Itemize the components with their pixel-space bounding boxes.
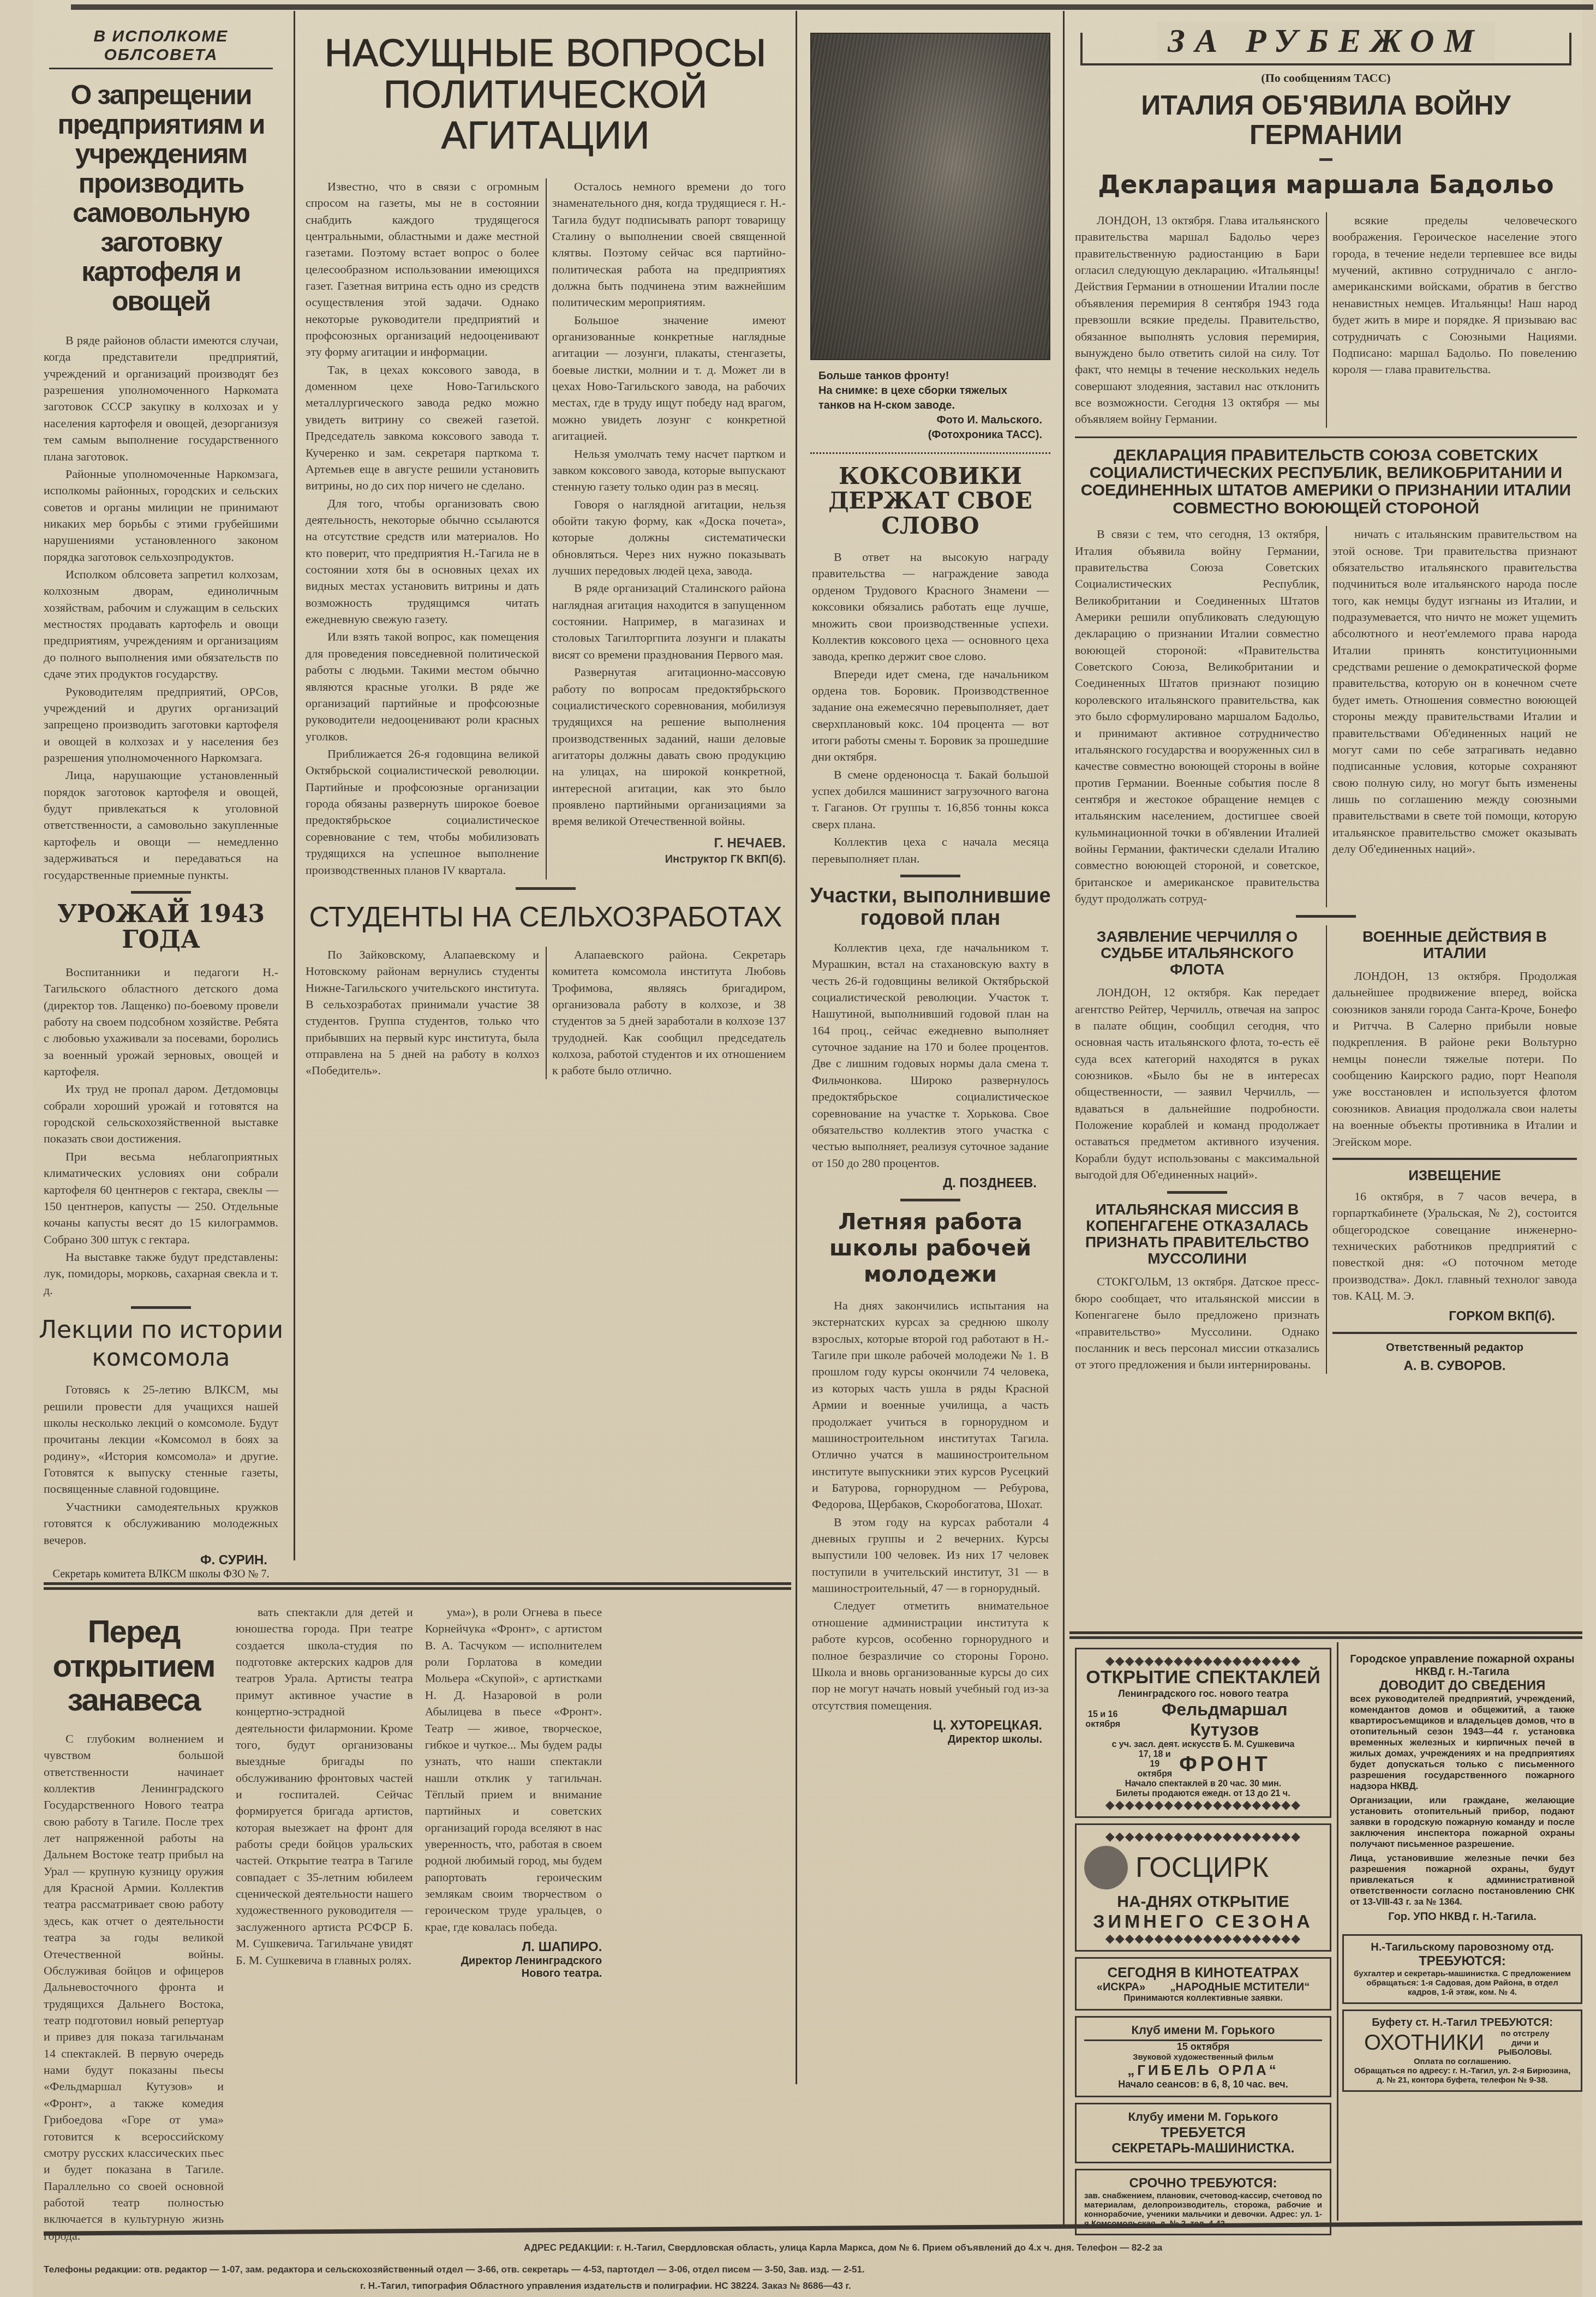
divider bbox=[900, 875, 960, 877]
column-factory: Больше танков фронту! На снимке: в цехе … bbox=[802, 11, 1059, 1746]
ad-club-jobs-line2: ТРЕБУЕТСЯ bbox=[1084, 2124, 1322, 2141]
ad-cinema-title: СЕГОДНЯ В КИНОТЕАТРАХ bbox=[1084, 1964, 1322, 1981]
ad-club: Клуб имени М. Горького 15 октября Звуков… bbox=[1075, 2016, 1331, 2097]
column-rule bbox=[1063, 11, 1065, 2226]
declaration-left: В связи с тем, что сегодня, 13 октября, … bbox=[1075, 526, 1319, 907]
ornament-border: ◆◆◆◆◆◆◆◆◆◆◆◆◆◆◆◆◆◆◆◆ bbox=[1084, 1655, 1322, 1667]
column-left: В ИСПОЛКОМЕ ОБЛСОВЕТА О запрещении предп… bbox=[33, 11, 289, 1581]
byline-pozdneev: Д. ПОЗДНЕЕВ. bbox=[802, 1176, 1059, 1191]
paragraph: Готовясь к 25-летию ВЛКСМ, мы решили про… bbox=[44, 1381, 278, 1498]
ad-buffet-address: Обращаться по адресу: г. Н.-Тагил, ул. 2… bbox=[1352, 2066, 1573, 2085]
divider bbox=[516, 887, 576, 890]
headline-mission: ИТАЛЬЯНСКАЯ МИССИЯ В КОПЕНГАГЕНЕ ОТКАЗАЛ… bbox=[1075, 1201, 1319, 1267]
headline-coke-workers: КОКСОВИКИ ДЕРЖАТ СВОЕ СЛОВО bbox=[808, 464, 1053, 538]
paragraph: Нельзя умолчать тему насчет партком и за… bbox=[552, 446, 786, 495]
agitation-left-column: Известно, что в связи с огромным спросом… bbox=[306, 178, 539, 880]
byline-surin-title: Секретарь комитета ВЛКСМ школы ФЗО № 7. bbox=[33, 1568, 289, 1581]
divider bbox=[1075, 436, 1577, 438]
ad-club-jobs-line3: СЕКРЕТАРЬ-МАШИНИСТКА. bbox=[1084, 2141, 1322, 2156]
paragraph: Большое значение имеют организованные ко… bbox=[552, 312, 786, 445]
ornament-border: ◆◆◆◆◆◆◆◆◆◆◆◆◆◆◆◆◆◆◆◆ bbox=[1084, 1799, 1322, 1811]
ad-note: с уч. засл. деят. искусств Б. М. Сушкеви… bbox=[1084, 1740, 1322, 1750]
ad-railway-line2: ТРЕБУЮТСЯ: bbox=[1352, 1954, 1573, 1969]
paragraph: Или взять такой вопрос, как помещения дл… bbox=[306, 629, 539, 745]
ad-circus: ◆◆◆◆◆◆◆◆◆◆◆◆◆◆◆◆◆◆◆◆ ГОСЦИРК НА-ДНЯХ ОТК… bbox=[1075, 1823, 1331, 1952]
ad-club-times: Начало сеансов: в 6, 8, 10 час. веч. bbox=[1084, 2079, 1322, 2090]
editor-name: А. В. СУВОРОВ. bbox=[1332, 1359, 1577, 1374]
byline-shapiro-title: Директор Ленинградского Нового театра. bbox=[425, 1955, 602, 1980]
headline-churchill: ЗАЯВЛЕНИЕ ЧЕРЧИЛЛЯ О СУДЬБЕ ИТАЛЬЯНСКОГО… bbox=[1075, 929, 1319, 978]
divider bbox=[1332, 1158, 1577, 1160]
paragraph: Участники самодеятельных кружков готовят… bbox=[44, 1499, 278, 1548]
divider bbox=[131, 891, 191, 894]
tass-source: (По сообщениям ТАСС) bbox=[1069, 71, 1582, 85]
paragraph: При весьма неблагоприятных климатических… bbox=[44, 1148, 278, 1248]
caption-text: На снимке: в цехе сборки тяжелых танков … bbox=[818, 384, 1042, 413]
caption-title: Больше танков фронту! bbox=[818, 369, 1042, 384]
ad-buffet-fishers: по отстрелу дичи и РЫБОЛОВЫ. bbox=[1490, 2029, 1561, 2057]
headline-declaration: ДЕКЛАРАЦИЯ ПРАВИТЕЛЬСТВ СОЮЗА СОВЕТСКИХ … bbox=[1075, 447, 1577, 518]
theatre-section: Перед открытием занавеса С глубоким волн… bbox=[44, 1604, 791, 2244]
paragraph: Впереди идет смена, где начальником орде… bbox=[812, 666, 1049, 765]
paragraph: Следует отметить внимательное отношение … bbox=[812, 1598, 1049, 1714]
headline-komsomol-lectures: Лекции по истории комсомола bbox=[38, 1317, 284, 1372]
headline-summer-school: Летняя работа школы рабочей молодежи bbox=[808, 1209, 1053, 1288]
ad-cinema-name: «ИСКРА» bbox=[1097, 1981, 1145, 1994]
ad-railway-line1: Н.-Тагильскому паровозному отд. bbox=[1352, 1941, 1573, 1954]
ad-fire-text1: всех руководителей предприятий, учрежден… bbox=[1350, 1694, 1575, 1792]
rubric-frame: ЗА РУБЕЖОМ bbox=[1080, 33, 1571, 65]
students-col-1: По Зайковскому, Алапаевскому и Нотовском… bbox=[306, 947, 539, 1079]
ad-fire-title: ДОВОДИТ ДО СВЕДЕНИЯ bbox=[1350, 1678, 1575, 1694]
ad-urgent-title: СРОЧНО ТРЕБУЮТСЯ: bbox=[1084, 2176, 1322, 2191]
section-divider bbox=[44, 1582, 791, 1590]
divider bbox=[900, 1199, 960, 1201]
paragraph: Исполком облсовета запретил колхозам, ко… bbox=[44, 566, 278, 683]
ads-divider bbox=[1069, 1631, 1582, 1639]
column-rule bbox=[1337, 1642, 1338, 2221]
paragraph: Говоря о наглядной агитации, нельзя обой… bbox=[552, 497, 786, 579]
paragraph: На выставке также будут представлены: лу… bbox=[44, 1249, 278, 1299]
headline-theatre: Перед открытием занавеса bbox=[44, 1615, 224, 1718]
paragraph: В ряде организаций Сталинского района на… bbox=[552, 580, 786, 663]
paragraph: Лица, нарушающие установленный порядок з… bbox=[44, 767, 278, 883]
ad-date-2: 17, 18 и 19 октября bbox=[1135, 1750, 1174, 1779]
paragraph: В ряде районов области имеются случаи, к… bbox=[44, 332, 278, 465]
notice-signature: ГОРКОМ ВКП(б). bbox=[1332, 1309, 1577, 1324]
newspaper-page: В ИСПОЛКОМЕ ОБЛСОВЕТА О запрещении предп… bbox=[33, 0, 1582, 2297]
headline-harvest: УРОЖАЙ 1943 ГОДА bbox=[38, 901, 284, 953]
column-rule bbox=[294, 11, 295, 1560]
ad-circus-title: ГОСЦИРК bbox=[1135, 1851, 1269, 1884]
ad-start-time: Начало спектаклей в 20 час. 30 мин. bbox=[1084, 1779, 1322, 1789]
ad-cinema-note: Принимаются коллективные заявки. bbox=[1084, 1994, 1322, 2003]
theatre-col-3: ума»), в роли Огнева в пьесе Корнейчука … bbox=[425, 1604, 602, 1935]
paragraph: В смене орденоносца т. Бакай большой усп… bbox=[812, 767, 1049, 833]
footer-phones: Телефоны редакции: отв. редактор — 1-07,… bbox=[44, 2264, 865, 2275]
headline-agitation: НАСУЩНЫЕ ВОПРОСЫ ПОЛИТИЧЕСКОЙ АГИТАЦИИ bbox=[311, 33, 780, 157]
ad-fire-text2: Организации, или граждане, желающие уста… bbox=[1350, 1795, 1575, 1850]
editor-label: Ответственный редактор bbox=[1332, 1342, 1577, 1354]
divider bbox=[1332, 1332, 1577, 1334]
ad-railway-text: бухгалтер и секретарь-машинистка. С пред… bbox=[1352, 1969, 1573, 1997]
rubric-ispolkom: В ИСПОЛКОМЕ ОБЛСОВЕТА bbox=[49, 27, 273, 69]
divider bbox=[1319, 158, 1332, 161]
ad-circus-line2: ЗИМНЕГО СЕЗОНА bbox=[1084, 1911, 1322, 1933]
ads-right-column: Городское управление пожарной охраны НКВ… bbox=[1342, 1648, 1582, 2092]
ad-tickets: Билеты продаются ежедн. от 13 до 21 ч. bbox=[1084, 1789, 1322, 1799]
paragraph: Воспитанники и педагоги Н.-Тагильского о… bbox=[44, 964, 278, 1080]
paragraph: Районные уполномоченные Наркомзага, испо… bbox=[44, 466, 278, 565]
divider bbox=[131, 1306, 191, 1309]
article-sections-body: Коллектив цеха, где начальником т. Мураш… bbox=[802, 940, 1059, 1171]
column-agitation: НАСУЩНЫЕ ВОПРОСЫ ПОЛИТИЧЕСКОЙ АГИТАЦИИ И… bbox=[300, 11, 791, 1079]
ad-spectacles: ◆◆◆◆◆◆◆◆◆◆◆◆◆◆◆◆◆◆◆◆ ОТКРЫТИЕ СПЕКТАКЛЕЙ… bbox=[1075, 1648, 1331, 1818]
paragraph: На днях закончились испытания на экстерн… bbox=[812, 1297, 1049, 1513]
ad-play-front: ФРОНТ bbox=[1179, 1753, 1271, 1776]
paragraph: В этом году на курсах работали 4 дневных… bbox=[812, 1514, 1049, 1597]
ad-spectacles-subtitle: Ленинградского гос. нового театра bbox=[1084, 1688, 1322, 1700]
ad-club-jobs-line1: Клубу имени М. Горького bbox=[1084, 2110, 1322, 2124]
paragraph: Руководителям предприятий, ОРСов, учрежд… bbox=[44, 684, 278, 767]
byline-nechaev-title: Инструктор ГК ВКП(б). bbox=[552, 852, 786, 868]
paragraph: Коллектив цеха с начала месяца перевыпол… bbox=[812, 834, 1049, 867]
headline-military: ВОЕННЫЕ ДЕЙСТВИЯ В ИТАЛИИ bbox=[1332, 929, 1577, 961]
paragraph: Осталось немного времени до того знамена… bbox=[552, 178, 786, 311]
churchill-body: ЛОНДОН, 12 октября. Как передает агентст… bbox=[1075, 984, 1319, 1183]
top-border-rule bbox=[71, 4, 1593, 10]
ad-club-date: 15 октября bbox=[1084, 2041, 1322, 2053]
badoglio-left: ЛОНДОН, 13 октября. Глава итальянского п… bbox=[1075, 212, 1319, 428]
divider bbox=[1167, 1191, 1227, 1194]
caption-credit-agency: (Фотохроника ТАСС). bbox=[818, 428, 1042, 442]
paragraph: Коллектив цеха, где начальником т. Мураш… bbox=[812, 940, 1049, 1171]
agitation-right-column: Осталось немного времени до того знамена… bbox=[552, 178, 786, 880]
ornament-border: ◆◆◆◆◆◆◆◆◆◆◆◆◆◆◆◆◆◆◆◆ bbox=[1084, 1831, 1322, 1843]
declaration-right: ничать с итальянским правительством на э… bbox=[1332, 526, 1577, 907]
badoglio-right: всякие пределы человеческого воображения… bbox=[1332, 212, 1577, 428]
byline-khutoretskaya-title: Директор школы. bbox=[802, 1733, 1059, 1746]
wavy-divider bbox=[810, 452, 1050, 454]
article-prohibition-body: В ряде районов области имеются случаи, к… bbox=[33, 332, 289, 883]
ad-cinema-film: „НАРОДНЫЕ МСТИТЕЛИ“ bbox=[1170, 1981, 1310, 1994]
tank-factory-photo bbox=[810, 33, 1050, 360]
photo-caption: Больше танков фронту! На снимке: в цехе … bbox=[802, 360, 1059, 442]
headline-students: СТУДЕНТЫ НА СЕЛЬХОЗРАБОТАХ bbox=[300, 901, 791, 934]
ad-buffet-line1: Буфету ст. Н.-Тагил ТРЕБУЮТСЯ: bbox=[1352, 2017, 1573, 2029]
rubric-abroad: ЗА РУБЕЖОМ bbox=[1157, 22, 1495, 61]
footer-printing: г. Н.-Тагил, типография Областного управ… bbox=[360, 2281, 851, 2292]
byline-khutoretskaya: Ц. ХУТОРЕЦКАЯ. bbox=[802, 1718, 1059, 1733]
byline-shapiro: Л. ШАПИРО. bbox=[425, 1940, 602, 1955]
military-body: ЛОНДОН, 13 октября. Продолжая дальнейшее… bbox=[1332, 968, 1577, 1150]
paragraph: Приближается 26-я годовщина великой Октя… bbox=[306, 746, 539, 878]
ad-buffet: Буфету ст. Н.-Тагил ТРЕБУЮТСЯ: ОХОТНИКИ … bbox=[1342, 2009, 1582, 2092]
paragraph: Развернутая агитационно-массовую работу … bbox=[552, 664, 786, 830]
paragraph: Так, в цехах коксового завода, в доменно… bbox=[306, 362, 539, 494]
caption-credit: Фото И. Мальского. bbox=[818, 413, 1042, 428]
headline-notice: ИЗВЕЩЕНИЕ bbox=[1332, 1168, 1577, 1183]
ads-left-column: ◆◆◆◆◆◆◆◆◆◆◆◆◆◆◆◆◆◆◆◆ ОТКРЫТИЕ СПЕКТАКЛЕЙ… bbox=[1075, 1648, 1331, 2235]
paragraph: Их труд не пропал даром. Детдомовцы собр… bbox=[44, 1081, 278, 1147]
paragraph: Известно, что в связи с огромным спросом… bbox=[306, 178, 539, 361]
byline-nechaev: Г. НЕЧАЕВ. bbox=[552, 834, 786, 852]
ad-play-kutuzov: Фельдмаршал Кутузов bbox=[1127, 1700, 1322, 1740]
students-col-2: Алапаевского района. Секретарь комитета … bbox=[552, 947, 786, 1079]
article-komsomol-body: Готовясь к 25-летию ВЛКСМ, мы решили про… bbox=[33, 1381, 289, 1548]
ad-circus-line1: НА-ДНЯХ ОТКРЫТИЕ bbox=[1084, 1893, 1322, 1911]
footer-address: АДРЕС РЕДАКЦИИ: г. Н.-Тагил, Свердловска… bbox=[524, 2242, 1162, 2253]
headline-prohibition: О запрещении предприятиям и учреждениям … bbox=[44, 80, 278, 316]
subhead-badoglio: Декларация маршала Бадольо bbox=[1069, 170, 1582, 199]
paragraph: В ответ на высокую награду правительства… bbox=[812, 549, 1049, 665]
column-foreign: ЗА РУБЕЖОМ (По сообщениям ТАСС) ИТАЛИЯ О… bbox=[1069, 11, 1582, 1374]
ornament-border: ◆◆◆◆◆◆◆◆◆◆◆◆◆◆◆◆◆◆◆◆ bbox=[1084, 1933, 1322, 1945]
ad-fire-text3: Лица, установившие железные печки без ра… bbox=[1350, 1853, 1575, 1907]
headline-italy-war: ИТАЛИЯ ОБ'ЯВИЛА ВОЙНУ ГЕРМАНИИ bbox=[1069, 91, 1582, 149]
ad-cinema: СЕГОДНЯ В КИНОТЕАТРАХ «ИСКРА» „НАРОДНЫЕ … bbox=[1075, 1957, 1331, 2011]
ad-buffet-pay: Оплата по соглашению. bbox=[1352, 2057, 1573, 2066]
byline-surin: Ф. СУРИН. bbox=[33, 1553, 289, 1568]
ad-railway: Н.-Тагильскому паровозному отд. ТРЕБУЮТС… bbox=[1342, 1934, 1582, 2004]
ad-spectacles-title: ОТКРЫТИЕ СПЕКТАКЛЕЙ bbox=[1084, 1667, 1322, 1688]
ad-club-title: Клуб имени М. Горького bbox=[1084, 2023, 1322, 2041]
ad-club-desc: Звуковой художественный фильм bbox=[1084, 2053, 1322, 2062]
mission-body: СТОКГОЛЬМ, 13 октября. Датское пресс-бюр… bbox=[1075, 1273, 1319, 1373]
headline-sections-plan: Участки, выполнившие годовой план bbox=[808, 885, 1053, 930]
theatre-col-1: С глубоким волнением и чувством большой … bbox=[44, 1731, 224, 2244]
ad-date-1: 15 и 16 октября bbox=[1084, 1710, 1121, 1730]
theatre-col-2: вать спектакли для детей и юношества гор… bbox=[236, 1604, 413, 2244]
divider bbox=[1296, 915, 1356, 918]
notice-body: 16 октября, в 7 часов вечера, в горпартк… bbox=[1332, 1188, 1577, 1305]
ad-fire-signature: Гор. УПО НКВД г. Н.-Тагила. bbox=[1350, 1911, 1575, 1923]
paragraph: Для того, чтобы организовать свою деятел… bbox=[306, 495, 539, 628]
article-harvest-body: Воспитанники и педагоги Н.-Тагильского о… bbox=[33, 964, 289, 1299]
column-rule bbox=[796, 11, 797, 2084]
ad-fire-safety: Городское управление пожарной охраны НКВ… bbox=[1342, 1648, 1582, 1929]
ad-fire-org: Городское управление пожарной охраны НКВ… bbox=[1350, 1653, 1575, 1678]
article-school-body: На днях закончились испытания на экстерн… bbox=[802, 1297, 1059, 1714]
circus-emblem-icon bbox=[1084, 1846, 1128, 1889]
ad-club-jobs: Клубу имени М. Горького ТРЕБУЕТСЯ СЕКРЕТ… bbox=[1075, 2103, 1331, 2163]
ad-buffet-hunters: ОХОТНИКИ bbox=[1364, 2031, 1484, 2055]
ad-club-film: „ГИБЕЛЬ ОРЛА“ bbox=[1084, 2062, 1322, 2079]
article-coke-body: В ответ на высокую награду правительства… bbox=[802, 549, 1059, 867]
